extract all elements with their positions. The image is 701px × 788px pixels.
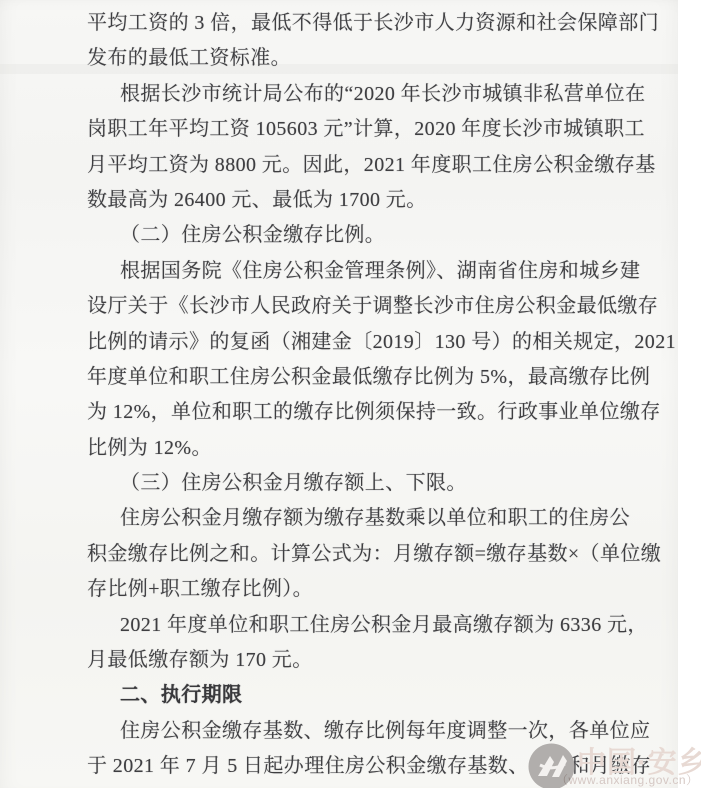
section-heading-execution-period: 二、执行期限 — [87, 678, 647, 713]
scan-edge-whitespace — [678, 0, 701, 788]
subsection-heading-deposit-ratio: （二）住房公积金缴存比例。 — [87, 218, 647, 253]
document-body-text: 平均工资的 3 倍，最低不得低于长沙市人力资源和社会保障部门 发布的最低工资标准… — [87, 6, 647, 785]
text-line: 根据国务院《住房公积金管理条例》、湖南省住房和城乡建 — [87, 254, 647, 289]
text-line: 于 2021 年 7 月 5 日起办理住房公积金缴存基数、比例和月缴存 — [87, 749, 647, 784]
text-line: 住房公积金月缴存额为缴存基数乘以单位和职工的住房公 — [87, 501, 647, 536]
text-line: 根据长沙市统计局公布的“2020 年长沙市城镇非私营单位在 — [87, 77, 647, 112]
text-line: 住房公积金缴存基数、缴存比例每年度调整一次，各单位应 — [87, 714, 647, 749]
text-line: 存比例+职工缴存比例）。 — [87, 572, 647, 607]
text-line: 发布的最低工资标准。 — [87, 41, 647, 76]
text-line: 设厅关于《长沙市人民政府关于调整长沙市住房公积金最低缴存 — [87, 289, 647, 324]
text-line: 比例为 12%。 — [87, 431, 647, 466]
text-line: 数最高为 26400 元、最低为 1700 元。 — [87, 183, 647, 218]
text-line: 岗职工年平均工资 105603 元”计算，2020 年度长沙市城镇职工 — [87, 112, 647, 147]
text-line: 年度单位和职工住房公积金最低缴存比例为 5%，最高缴存比例 — [87, 360, 647, 395]
text-line: 月平均工资为 8800 元。因此，2021 年度职工住房公积金缴存基 — [87, 148, 647, 183]
text-line: 积金缴存比例之和。计算公式为：月缴存额=缴存基数×（单位缴 — [87, 537, 647, 572]
text-line: 月最低缴存额为 170 元。 — [87, 643, 647, 678]
subsection-heading-monthly-limits: （三）住房公积金月缴存额上、下限。 — [87, 466, 647, 501]
text-line: 为 12%，单位和职工的缴存比例须保持一致。行政事业单位缴存 — [87, 395, 647, 430]
text-line: 2021 年度单位和职工住房公积金月最高缴存额为 6336 元， — [87, 608, 647, 643]
text-line: 平均工资的 3 倍，最低不得低于长沙市人力资源和社会保障部门 — [87, 6, 647, 41]
text-line: 比例的请示》的复函（湘建金〔2019〕130 号）的相关规定，2021 — [87, 325, 647, 360]
